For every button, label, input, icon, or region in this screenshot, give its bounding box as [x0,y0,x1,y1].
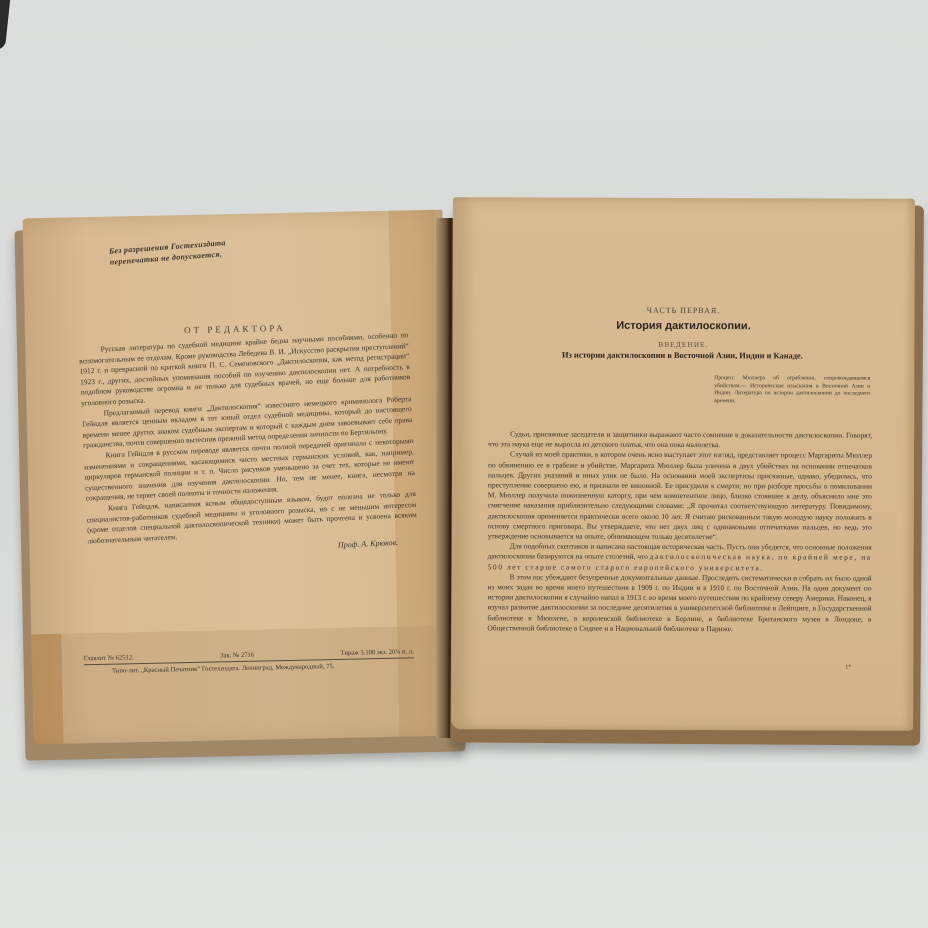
body-paragraph: Судьи, присяжные заседатели и защитники … [488,429,872,451]
right-page: ЧАСТЬ ПЕРВАЯ. История дактилоскопии. ВВЕ… [451,197,915,731]
body-paragraph: Для подобных скептиков и написана настоя… [488,542,872,574]
page-signature: 1* [845,665,851,671]
chapter-body: Судьи, присяжные заседатели и защитники … [487,429,872,634]
chapter-subtitle: Из истории дактилоскопии в Восточной Ази… [512,349,852,361]
body-paragraph: Случай из моей практики, в котором очень… [488,450,872,543]
part-label: ЧАСТЬ ПЕРВАЯ. [453,305,915,316]
print-run: Тираж 3.100 экз. 20¾ п. л. [341,648,414,657]
copyright-stamp: Без разрешения Гостехиздата перепечатка … [109,237,227,267]
body-paragraph: В этом нас убеждают безупречные документ… [487,572,871,635]
chapter-epigraph: Процесс Мюллера об ограблении, сопровожд… [714,375,870,406]
corner-shadow [0,0,11,51]
editor-foreword: Русская литература по судебной медицине … [78,330,418,563]
left-page: Без разрешения Гостехиздата перепечатка … [23,210,454,745]
order-number: Зак. № 2716 [220,652,254,660]
intro-label: ВВЕДЕНИЕ. [452,339,914,350]
tape-strip-bottom [31,626,453,745]
chapter-title: История дактилоскопии. [452,319,914,333]
tape-strip-left [31,634,63,745]
glavlit-number: Главлит № 62512. [84,654,134,662]
